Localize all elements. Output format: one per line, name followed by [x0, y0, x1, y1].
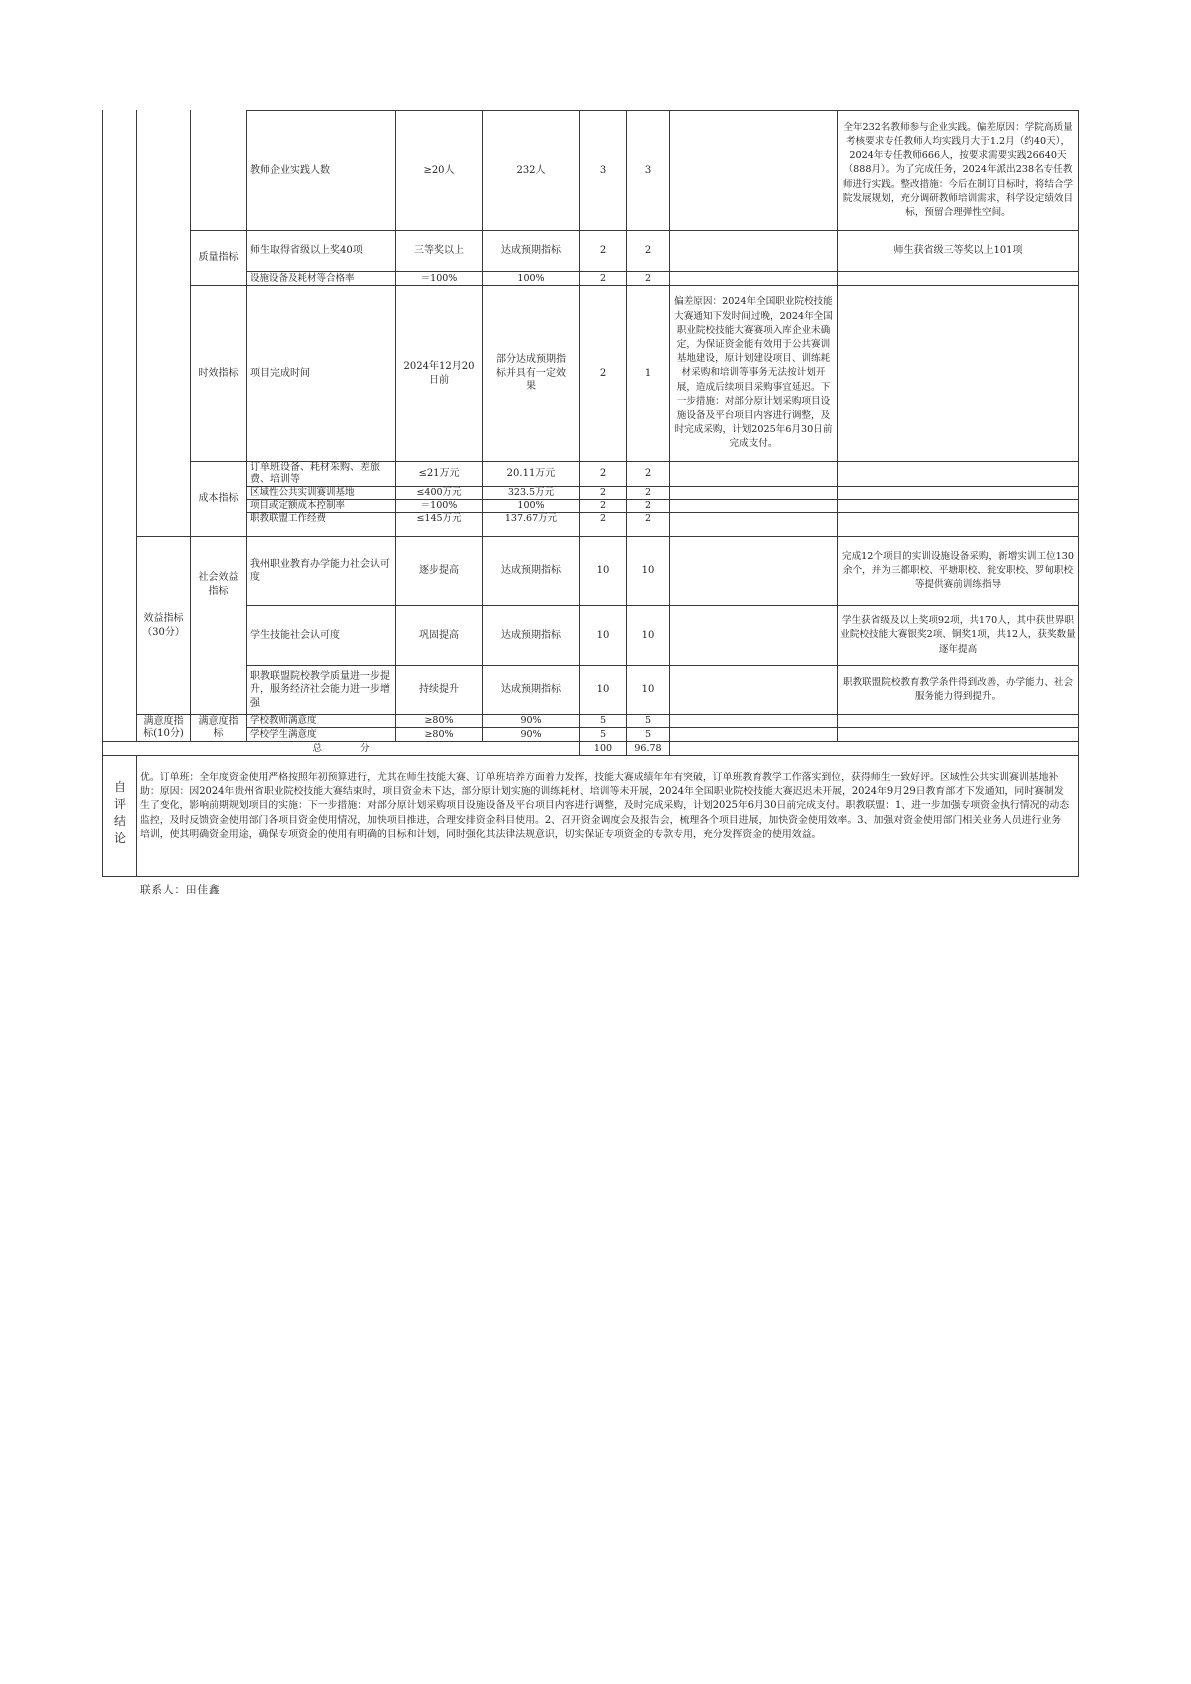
target-cell: 逐步提高	[396, 537, 482, 605]
target-cell: 三等奖以上	[396, 231, 482, 271]
score-cell: 2	[627, 231, 669, 271]
indicator-cell: 学校学生满意度	[247, 728, 395, 741]
weight-cell: 2	[580, 286, 626, 461]
remark-cell: 全年232名教师参与企业实践。偏差原因：学院高质量考核要求专任教师人均实践月大于…	[838, 111, 1078, 230]
indicator-cell: 教师企业实践人数	[247, 111, 395, 230]
category-quality: 质量指标	[191, 231, 246, 285]
weight-cell: 10	[580, 606, 626, 665]
indicator-cell: 学生技能社会认可度	[247, 606, 395, 665]
score-cell: 10	[627, 606, 669, 665]
target-cell: ≤145万元	[396, 513, 482, 525]
total-weight: 100	[580, 742, 626, 755]
indicator-cell: 订单班设备、耗材采购、差旅费、培训等	[247, 462, 395, 486]
weight-cell: 2	[580, 487, 626, 499]
table-border-left	[102, 110, 103, 765]
score-cell: 2	[627, 487, 669, 499]
actual-cell: 90%	[483, 715, 579, 727]
actual-cell: 部分达成预期指标并具有一定效果	[483, 286, 579, 461]
col-line	[102, 755, 103, 876]
indicator-cell: 职教联盟工作经费	[247, 513, 395, 525]
table-border-right	[1078, 110, 1079, 876]
total-score: 96.78	[627, 742, 669, 755]
actual-cell: 达成预期指标	[483, 606, 579, 665]
actual-cell: 100%	[483, 272, 579, 285]
conclusion-label-text: 自评结论	[114, 779, 126, 847]
row-line	[102, 755, 1079, 756]
target-cell: ≥20人	[396, 111, 482, 230]
weight-cell: 2	[580, 231, 626, 271]
category-social-benefit: 社会效益指标	[191, 537, 246, 665]
actual-cell: 232人	[483, 111, 579, 230]
actual-cell: 达成预期指标	[483, 537, 579, 605]
target-cell: ＝100%	[396, 272, 482, 285]
target-cell: ≤21万元	[396, 462, 482, 486]
target-cell: ≥80%	[396, 715, 482, 727]
weight-cell: 10	[580, 666, 626, 714]
indicator-cell: 职教联盟院校教学质量进一步提升，服务经济社会能力进一步增强	[247, 666, 395, 714]
weight-cell: 5	[580, 715, 626, 727]
performance-evaluation-page: 教师企业实践人数 ≥20人 232人 3 3 全年232名教师参与企业实践。偏差…	[0, 0, 1191, 1684]
score-cell: 2	[627, 513, 669, 525]
actual-cell: 323.5万元	[483, 487, 579, 499]
indicator-cell: 学校教师满意度	[247, 715, 395, 727]
score-cell: 3	[627, 111, 669, 230]
weight-cell: 2	[580, 272, 626, 285]
weight-cell: 2	[580, 462, 626, 486]
actual-cell: 137.67万元	[483, 513, 579, 525]
col-line	[136, 755, 137, 876]
conclusion-label: 自评结论	[104, 779, 136, 847]
target-cell: 持续提升	[396, 666, 482, 714]
score-cell: 5	[627, 728, 669, 741]
weight-cell: 2	[580, 500, 626, 512]
remark-cell: 职教联盟院校教育教学条件得到改善，办学能力、社会服务能力得到提升。	[838, 666, 1078, 714]
indicator-cell: 区域性公共实训赛训基地	[247, 487, 395, 499]
score-cell: 1	[627, 286, 669, 461]
category-cost: 成本指标	[191, 462, 246, 536]
score-cell: 10	[627, 666, 669, 714]
indicator-cell: 设施设备及耗材等合格率	[247, 272, 395, 285]
deviation-cell: 偏差原因：2024年全国职业院校技能大赛通知下发时间过晚，2024年全国职业院校…	[670, 286, 837, 461]
weight-cell: 10	[580, 537, 626, 605]
target-cell: 2024年12月20日前	[396, 286, 482, 461]
group-satisfaction: 满意度指标(10分)	[137, 715, 190, 741]
indicator-cell: 项目或定额成本控制率	[247, 500, 395, 512]
remark-cell: 师生获省级三等奖以上101项	[838, 231, 1078, 271]
score-cell: 2	[627, 500, 669, 512]
weight-cell: 5	[580, 728, 626, 741]
total-label: 总 分	[103, 742, 579, 755]
table-border-bottom	[102, 876, 1079, 877]
target-cell: ＝100%	[396, 500, 482, 512]
indicator-cell: 师生取得省级以上奖40项	[247, 231, 395, 271]
category-timeliness: 时效指标	[191, 286, 246, 461]
actual-cell: 达成预期指标	[483, 231, 579, 271]
indicator-cell: 我州职业教育办学能力社会认可度	[247, 537, 395, 605]
target-cell: 巩固提高	[396, 606, 482, 665]
actual-cell: 20.11万元	[483, 462, 579, 486]
remark-cell: 完成12个项目的实训设施设备采购，新增实训工位130余个，并为三都职校、平塘职校…	[838, 537, 1078, 605]
remark-cell: 学生获省级及以上奖项92项，共170人，其中获世界职业院校技能大赛银奖2项、铜奖…	[838, 606, 1078, 665]
contact-person: 联系人：田佳鑫	[140, 882, 221, 897]
target-cell: ≥80%	[396, 728, 482, 741]
indicator-cell: 项目完成时间	[247, 286, 395, 461]
weight-cell: 3	[580, 111, 626, 230]
actual-cell: 达成预期指标	[483, 666, 579, 714]
category-satisfaction: 满意度指标	[191, 715, 246, 741]
weight-cell: 2	[580, 513, 626, 525]
conclusion-text: 优。订单班：全年度资金使用严格按照年初预算进行，尤其在师生技能大赛、订单班培养方…	[140, 771, 1070, 842]
score-cell: 2	[627, 272, 669, 285]
target-cell: ≤400万元	[396, 487, 482, 499]
actual-cell: 90%	[483, 728, 579, 741]
actual-cell: 100%	[483, 500, 579, 512]
score-cell: 5	[627, 715, 669, 727]
group-benefit: 效益指标（30分）	[137, 537, 190, 714]
score-cell: 2	[627, 462, 669, 486]
score-cell: 10	[627, 537, 669, 605]
